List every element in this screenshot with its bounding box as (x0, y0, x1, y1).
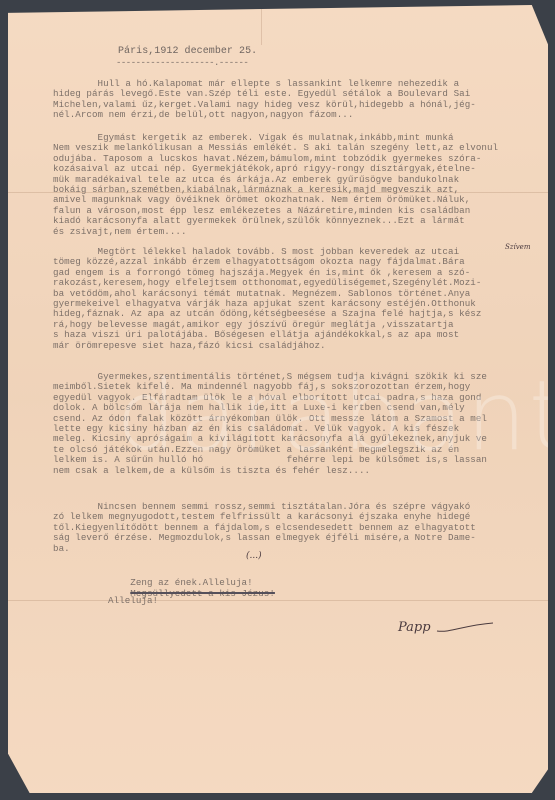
handwritten-margin-note: Szívem (505, 243, 530, 251)
date-line: Páris,1912 december 25. (118, 47, 257, 57)
signature-text: Papp (398, 620, 431, 635)
tear-line (261, 5, 262, 45)
watermark: darabanth (116, 360, 555, 472)
signature-flourish-icon (435, 621, 495, 635)
document-page: Páris,1912 december 25. ----------------… (8, 5, 548, 793)
signature: Papp (398, 620, 495, 635)
underline-rule: --------------------.------ (116, 58, 248, 68)
paragraph-1: Hull a hó.Kalapomat már ellepte s lassan… (53, 79, 476, 121)
fold-line (8, 600, 548, 601)
closing-text: Zeng az ének.Alleluja! (130, 577, 252, 588)
handwritten-insert: (...) (246, 551, 262, 561)
closing-line-2: Alleluja! (108, 596, 158, 606)
paragraph-5: Nincsen bennem semmi rossz,semmi tisztát… (53, 502, 476, 554)
paragraph-3: Megtört lélekkel haladok tovább. S most … (53, 247, 481, 351)
paragraph-2: Egymást kergetik az emberek. Vígak és mu… (53, 133, 498, 237)
